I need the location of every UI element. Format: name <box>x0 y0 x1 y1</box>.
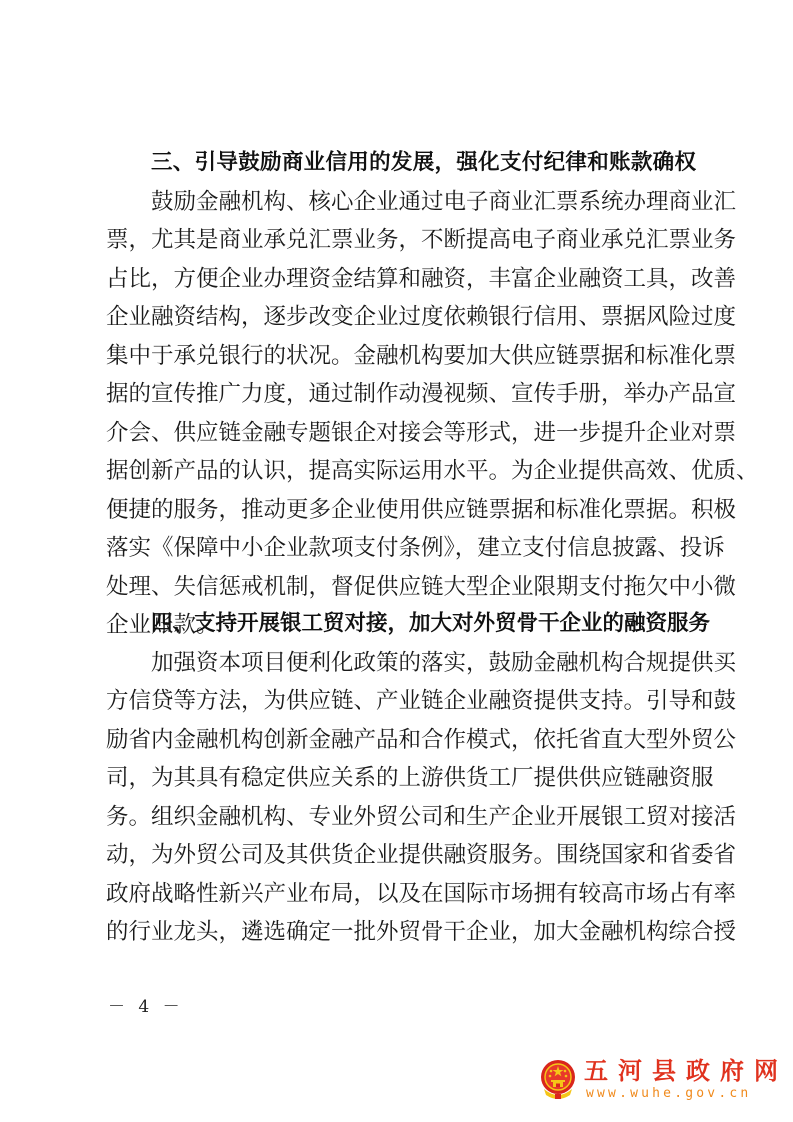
paragraph-line: 落实《保障中小企业款项支付条例》，建立支付信息披露、投诉 <box>106 529 696 568</box>
paragraph-line: 的行业龙头，遴选确定一批外贸骨干企业，加大金融机构综合授 <box>106 913 696 952</box>
paragraph-line: 鼓励金融机构、核心企业通过电子商业汇票系统办理商业汇 <box>106 183 696 222</box>
paragraph-line: 据创新产品的认识，提高实际运用水平。为企业提供高效、优质、 <box>106 452 696 491</box>
paragraph-line: 加强资本项目便利化政策的落实，鼓励金融机构合规提供买 <box>106 644 696 683</box>
section-3: 三、引导鼓励商业信用的发展，强化支付纪律和账款确权 鼓励金融机构、核心企业通过电… <box>106 144 696 645</box>
paragraph-line: 励省内金融机构创新金融产品和合作模式，依托省直大型外贸公 <box>106 721 696 760</box>
paragraph-line: 便捷的服务，推动更多企业使用供应链票据和标准化票据。积极 <box>106 491 696 530</box>
paragraph-line: 企业融资结构，逐步改变企业过度依赖银行信用、票据风险过度 <box>106 298 696 337</box>
paragraph-line: 处理、失信惩戒机制，督促供应链大型企业限期支付拖欠中小微 <box>106 568 696 607</box>
paragraph-line: 方信贷等方法，为供应链、产业链企业融资提供支持。引导和鼓 <box>106 682 696 721</box>
paragraph-line: 据的宣传推广力度，通过制作动漫视频、宣传手册，举办产品宣 <box>106 375 696 414</box>
site-watermark-logo: 五河县政府网 www.wuhe.gov.cn <box>540 1057 750 1109</box>
national-emblem-icon <box>540 1059 576 1101</box>
paragraph-line: 务。组织金融机构、专业外贸公司和生产企业开展银工贸对接活 <box>106 798 696 837</box>
paragraph-line: 介会、供应链金融专题银企对接会等形式，进一步提升企业对票 <box>106 414 696 453</box>
site-title: 五河县政府网 <box>584 1057 788 1085</box>
paragraph-line: 政府战略性新兴产业布局，以及在国际市场拥有较高市场占有率 <box>106 875 696 914</box>
paragraph-line: 票，尤其是商业承兑汇票业务，不断提高电子商业承兑汇票业务 <box>106 221 696 260</box>
paragraph-line: 集中于承兑银行的状况。金融机构要加大供应链票据和标准化票 <box>106 337 696 376</box>
section-heading: 四、支持开展银工贸对接，加大对外贸骨干企业的融资服务 <box>106 605 696 644</box>
paragraph-line: 占比，方便企业办理资金结算和融资，丰富企业融资工具，改善 <box>106 260 696 299</box>
paragraph-line: 司，为其具有稳定供应关系的上游供货工厂提供供应链融资服 <box>106 759 696 798</box>
page-number: － 4 － <box>108 992 184 1017</box>
site-url: www.wuhe.gov.cn <box>586 1086 751 1102</box>
paragraph-line: 动，为外贸公司及其供货企业提供融资服务。围绕国家和省委省 <box>106 836 696 875</box>
document-page: 三、引导鼓励商业信用的发展，强化支付纪律和账款确权 鼓励金融机构、核心企业通过电… <box>0 0 793 1122</box>
section-heading: 三、引导鼓励商业信用的发展，强化支付纪律和账款确权 <box>106 144 696 183</box>
section-4: 四、支持开展银工贸对接，加大对外贸骨干企业的融资服务 加强资本项目便利化政策的落… <box>106 605 696 952</box>
